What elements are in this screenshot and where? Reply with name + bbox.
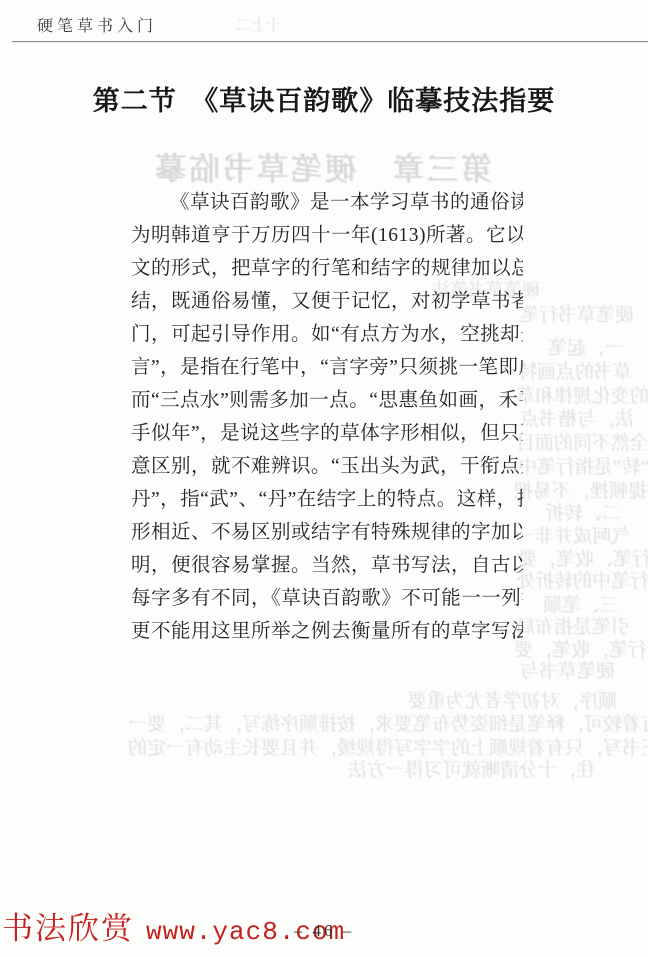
header-rule — [12, 41, 648, 42]
bleedthrough-line: 硬笔草书行笔 — [520, 300, 634, 327]
body-line: 结，既通俗易懂，又便于记忆，对初学草书者的入 — [131, 285, 523, 318]
bleedthrough-line: 要、行笔、收笔，要 — [518, 544, 648, 571]
bleedthrough-line: 十上二 — [236, 14, 281, 35]
body-line: 意区别，就不难辨识。“玉出头为武，干衔点是 — [131, 450, 523, 483]
body-line: 为明韩道亨于万历四十一年(1613)所著。它以韵 — [131, 219, 523, 252]
page-number: – 46 – — [0, 921, 648, 941]
body-line: 形相近、不易区别或结字有特殊规律的字加以说 — [131, 516, 523, 549]
scanned-page: 第三章 硬笔草书临摹 十上二硬笔草书笔法硬笔草书行笔一、起笔草书的点画特画的变化… — [0, 0, 648, 957]
running-header: 硬笔草书入门 — [37, 13, 157, 36]
body-line: 丹”，指“武”、“丹”在结字上的特点。这样，把字 — [131, 483, 523, 516]
bleedthrough-line: 笔，行笔，收笔，要 — [514, 635, 648, 662]
bleedthrough-line: 法，与楷书点 — [520, 404, 634, 431]
bleedthrough-line: 顺序，对初学者尤为重要 — [408, 686, 617, 713]
bleedthrough-line: 引笔是指布局 — [516, 612, 630, 639]
body-line: 《草诀百韵歌》是一本学习草书的通俗读物， — [131, 186, 523, 219]
bleedthrough-chapter-title: 第三章 硬笔草书临摹 — [152, 144, 492, 189]
body-line: 文的形式，把草字的行笔和结字的规律加以总 — [131, 252, 523, 285]
body-line: 门，可起引导作用。如“有点方为水，空挑却是 — [131, 318, 523, 351]
body-line: 而“三点水”则需多加一点。“思惠鱼如画，禾平 — [131, 384, 523, 417]
bleedthrough-line: 楷书，对临帖有着较可，释笔是细姿势布笔要求，按排顺序练写，其二，要一 — [128, 709, 648, 736]
body-line: 更不能用这里所举之例去衡量所有的草字写法。 — [131, 615, 523, 648]
bleedthrough-line: 住，十分清晰就可习得一方法 — [348, 755, 595, 782]
bleedthrough-line: 气呵成并非一 — [516, 521, 630, 548]
body-line: 每字多有不同，《草诀百韵歌》不可能一一列举， — [131, 582, 523, 615]
body-line: 言”，是指在行笔中，“言字旁”只须挑一笔即成， — [131, 351, 523, 384]
bleedthrough-line: 行笔中的转折处 — [516, 566, 648, 593]
body-line: 明，便很容易掌握。当然，草书写法，自古以来， — [131, 549, 523, 582]
bleedthrough-line: 画的变化规律和草 — [516, 381, 648, 408]
bleedthrough-line: 三、笔顺 — [543, 590, 619, 617]
bleedthrough-line: 草书的点画特 — [518, 357, 632, 384]
section-title: 第二节 《草诀百韵歌》临摹技法指要 — [0, 79, 648, 118]
bleedthrough-line: “转”是指行笔中 — [518, 452, 648, 479]
bleedthrough-line: 按提顿挫，不易把 — [514, 476, 648, 503]
bleedthrough-line: 全然不同的面目 — [516, 428, 648, 455]
bleedthrough-line: 正大脚，改正书写，只有着规顺上的字字写得规缓，并且要长主动有一定的 — [128, 733, 648, 760]
body-line: 手似年”，是说这些字的草体字形相似，但只要注 — [131, 417, 523, 450]
bleedthrough-line: 硬笔草书与 — [520, 656, 615, 683]
body-paragraph: 《草诀百韵歌》是一本学习草书的通俗读物，为明韩道亨于万历四十一年(1613)所著… — [131, 186, 523, 648]
bleedthrough-line: 一、起笔 — [548, 333, 624, 360]
bleedthrough-line: 二、转折 — [545, 498, 621, 525]
